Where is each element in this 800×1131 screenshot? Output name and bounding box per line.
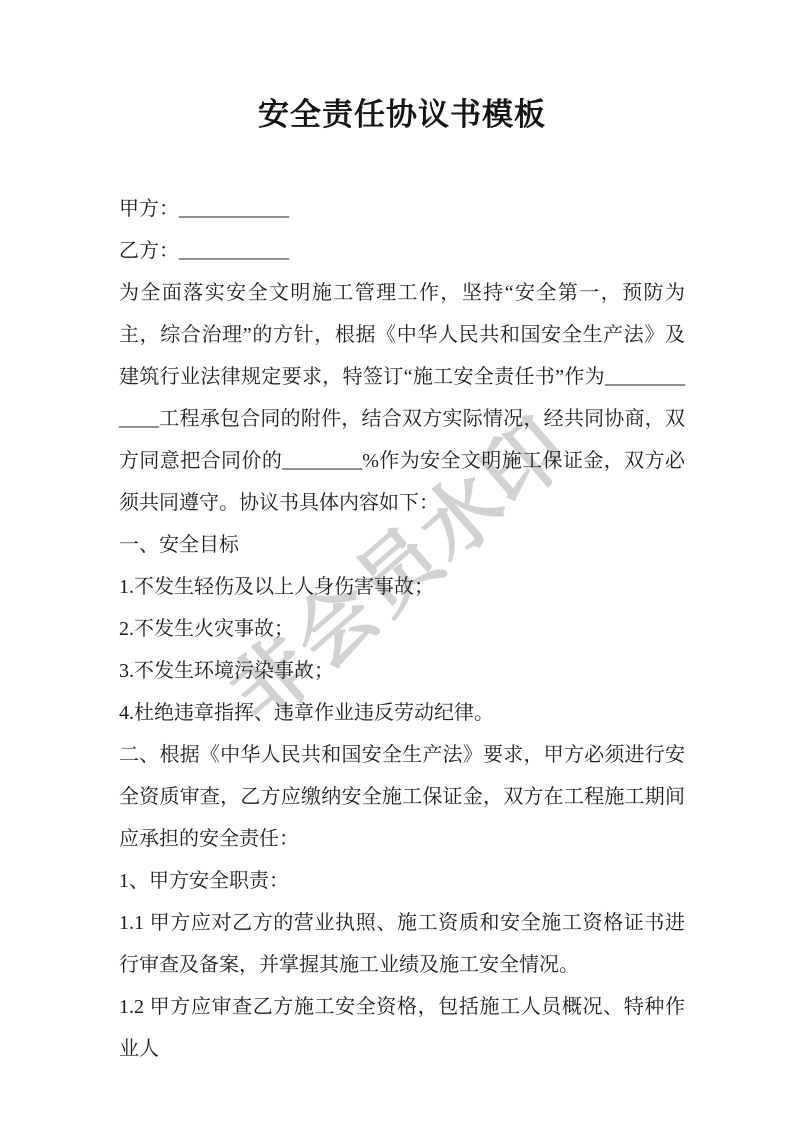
document-content: 安全责任协议书模板 甲方：___________ 乙方：___________ … (119, 0, 685, 1070)
list-item-goal-2: 2.不发生火灾事故； (119, 608, 685, 650)
section-heading-responsibilities: 二、根据《中华人民共和国安全生产法》要求，甲方必须进行安全资质审查，乙方应缴纳安… (119, 734, 685, 860)
party-a-line: 甲方：___________ (119, 188, 685, 230)
party-a-blank-line: ___________ (179, 198, 289, 220)
list-item-goal-1: 1.不发生轻伤及以上人身伤害事故； (119, 566, 685, 608)
document-title: 安全责任协议书模板 (119, 96, 685, 133)
party-b-label: 乙方： (119, 240, 179, 262)
list-item-goal-4: 4.杜绝违章指挥、违章作业违反劳动纪律。 (119, 692, 685, 734)
paragraph-intro: 为全面落实安全文明施工管理工作，坚持“安全第一，预防为主，综合治理”的方针，根据… (119, 272, 685, 524)
party-b-blank-line: ___________ (179, 240, 289, 262)
document-page: 非会员水印 安全责任协议书模板 甲方：___________ 乙方：______… (0, 0, 800, 1131)
section-heading-safety-goals: 一、安全目标 (119, 524, 685, 566)
list-item-goal-3: 3.不发生环境污染事故； (119, 650, 685, 692)
clause-1-1: 1.1 甲方应对乙方的营业执照、施工资质和安全施工资格证书进行审查及备案，并掌握… (119, 902, 685, 986)
subsection-party-a-duties: 1、甲方安全职责： (119, 860, 685, 902)
party-a-label: 甲方： (119, 198, 179, 220)
party-b-line: 乙方：___________ (119, 230, 685, 272)
clause-1-2: 1.2 甲方应审查乙方施工安全资格，包括施工人员概况、特种作业人 (119, 986, 685, 1070)
